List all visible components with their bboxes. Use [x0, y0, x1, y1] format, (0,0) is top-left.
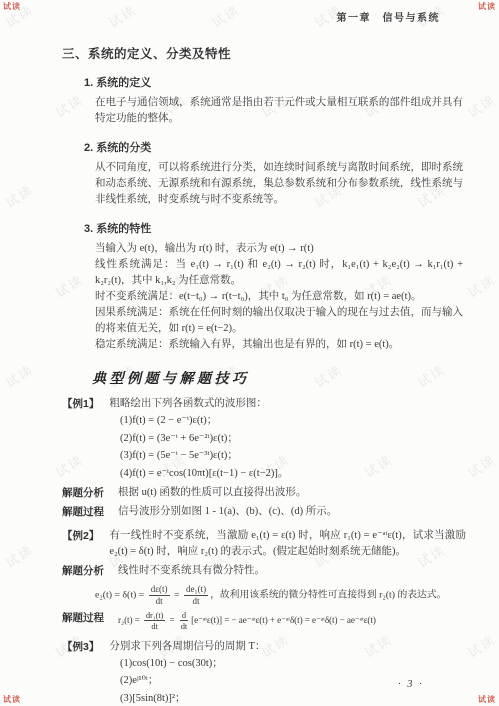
fraction-numerator: dr₁(t): [144, 610, 165, 621]
watermark-text: 试读: [463, 269, 499, 301]
example-3-formula-1: (1)cos(10t) − cos(30t)；: [120, 656, 466, 673]
example-1-label: 【例1】: [62, 396, 99, 412]
fraction: dε(t)dt: [149, 584, 170, 607]
fraction-numerator: de₁(t): [184, 584, 208, 596]
subsection-2-body: 从不同角度，可以将系统进行分类，如连续时间系统与离散时间系统，即时系统和动态系统…: [95, 160, 463, 208]
analysis-label: 解题分析: [62, 563, 106, 579]
example-1-formula-1: (1)f(t) = (2 − e⁻ᵗ)ε(t)；: [120, 413, 466, 430]
corner-stamp-top-right: 试读: [478, 1, 496, 12]
examples-section-heading: 典型例题与解题技巧: [92, 368, 466, 388]
example-3-label: 【例3】: [62, 639, 99, 655]
example-1: 【例1】 粗略绘出下列各函数式的波形图：: [62, 396, 466, 412]
watermark-text: 试读: [463, 89, 499, 121]
fraction-denominator: dt: [191, 596, 202, 607]
analysis-text: 线性时不变系统具有微分特性。: [118, 563, 466, 579]
fraction: de₁(t)dt: [184, 584, 208, 607]
formula-segment: r₂(t) =: [118, 614, 142, 624]
example-2: 【例2】 有一线性时不变系统，当激励 e₁(t) = ε(t) 时，响应 r₁(…: [62, 528, 466, 560]
analysis-label: 解题分析: [62, 485, 106, 501]
characteristic-line: 当输入为 e(t)，输出为 r(t) 时，表示为 e(t) → r(t): [95, 241, 463, 257]
formula-segment: ，故利用该系统的微分特性可直接得到 r₂(t) 的表达式。: [210, 590, 446, 601]
process-label: 解题过程: [62, 504, 106, 520]
formula-segment: =: [172, 590, 182, 601]
subsection-2-title: 2. 系统的分类: [84, 139, 466, 155]
formula-segment: [e⁻ᵃᵗε(t)] = − ae⁻ᵃᵗε(t) + e⁻ᵃᵗδ(t) = e⁻…: [191, 614, 376, 624]
corner-stamp-bottom-right: 试读: [478, 694, 496, 705]
fraction: ddt: [179, 610, 189, 631]
example-2-derivation-formula: e₂(t) = δ(t) = dε(t)dt = de₁(t)dt，故利用该系统…: [95, 584, 466, 607]
example-1-formula-2: (2)f(t) = (3e⁻ᵗ + 6e⁻²ᵗ)ε(t)；: [120, 431, 466, 448]
subsection-1-body: 在电子与通信领域，系统通常是指由若干元件或大量相互联系的部件组成并具有特定功能的…: [95, 95, 463, 127]
page-number: · 3 ·: [398, 679, 424, 690]
example-2-label: 【例2】: [62, 528, 99, 560]
corner-stamp-top-left: 试读: [3, 1, 21, 12]
example-2-prompt: 有一线性时不变系统，当激励 e₁(t) = ε(t) 时，响应 r₁(t) = …: [109, 528, 466, 560]
example-2-process: 解题过程 r₂(t) = dr₁(t)dt = ddt[e⁻ᵃᵗε(t)] = …: [62, 610, 466, 631]
example-1-analysis: 解题分析 根据 u(t) 函数的性质可以直接得出波形。: [62, 485, 466, 501]
subsection-1-title: 1. 系统的定义: [84, 74, 466, 90]
example-2-analysis: 解题分析 线性时不变系统具有微分特性。: [62, 563, 466, 579]
document-page: 试读试读试读试读试读试读试读试读试读试读试读试读试读试读试读试读试读试读试读试读…: [0, 0, 499, 706]
example-1-process: 解题过程 信号波形分别如图 1 - 1(a)、(b)、(c)、(d) 所示。: [62, 504, 466, 520]
page-content: 三、系统的定义、分类及特性 1. 系统的定义 在电子与通信领域，系统通常是指由若…: [62, 0, 466, 706]
watermark-text: 试读: [1, 359, 37, 391]
corner-stamp-bottom-left: 试读: [3, 694, 21, 705]
example-3: 【例3】 分别求下列各周期信号的周期 T：: [62, 639, 466, 655]
fraction-denominator: dt: [179, 621, 189, 631]
formula-segment: =: [167, 614, 176, 624]
example-3-formula-3: (3)[5sin(8t)]²；: [120, 691, 466, 706]
example-2-process-formula: r₂(t) = dr₁(t)dt = ddt[e⁻ᵃᵗε(t)] = − ae⁻…: [118, 610, 466, 631]
watermark-text: 试读: [463, 449, 499, 481]
subsection-3-title: 3. 系统的特性: [84, 220, 466, 236]
process-text: 信号波形分别如图 1 - 1(a)、(b)、(c)、(d) 所示。: [118, 504, 466, 520]
fraction-numerator: d: [180, 610, 188, 621]
section-title: 三、系统的定义、分类及特性: [62, 44, 466, 62]
example-1-formula-3: (3)f(t) = (5e⁻ᵗ − 5e⁻³ᵗ)ε(t)；: [120, 448, 466, 465]
watermark-text: 试读: [1, 179, 37, 211]
analysis-text: 根据 u(t) 函数的性质可以直接得出波形。: [118, 485, 466, 501]
example-3-prompt: 分别求下列各周期信号的周期 T：: [109, 639, 466, 655]
formula-segment: e₂(t) = δ(t) =: [95, 590, 147, 601]
watermark-text: 试读: [1, 539, 37, 571]
characteristic-line: 稳定系统满足：系统输入有界，其输出也是有界的，如 r(t) = e(t)。: [95, 337, 463, 353]
example-1-formula-4: (4)f(t) = e⁻ᵗcos(10πt)[ε(t−1) − ε(t−2)]。: [120, 466, 466, 483]
process-label: 解题过程: [62, 610, 106, 631]
fraction: dr₁(t)dt: [144, 610, 165, 631]
fraction-numerator: dε(t): [149, 584, 170, 596]
characteristic-line: 线性系统满足：当 e₁(t) → r₁(t) 和 e₂(t) → r₂(t) 时…: [95, 257, 463, 289]
fraction-denominator: dt: [154, 596, 165, 607]
fraction-denominator: dt: [149, 621, 159, 631]
characteristic-line: 因果系统满足：系统在任何时刻的输出仅取决于输入的现在与过去值，而与输入的将来值无…: [95, 305, 463, 337]
example-1-prompt: 粗略绘出下列各函数式的波形图：: [109, 396, 466, 412]
watermark-text: 试读: [463, 629, 499, 661]
characteristic-line: 时不变系统满足：e(t−t₀) → r(t−t₀)，其中 t₀ 为任意常数，如 …: [95, 289, 463, 305]
